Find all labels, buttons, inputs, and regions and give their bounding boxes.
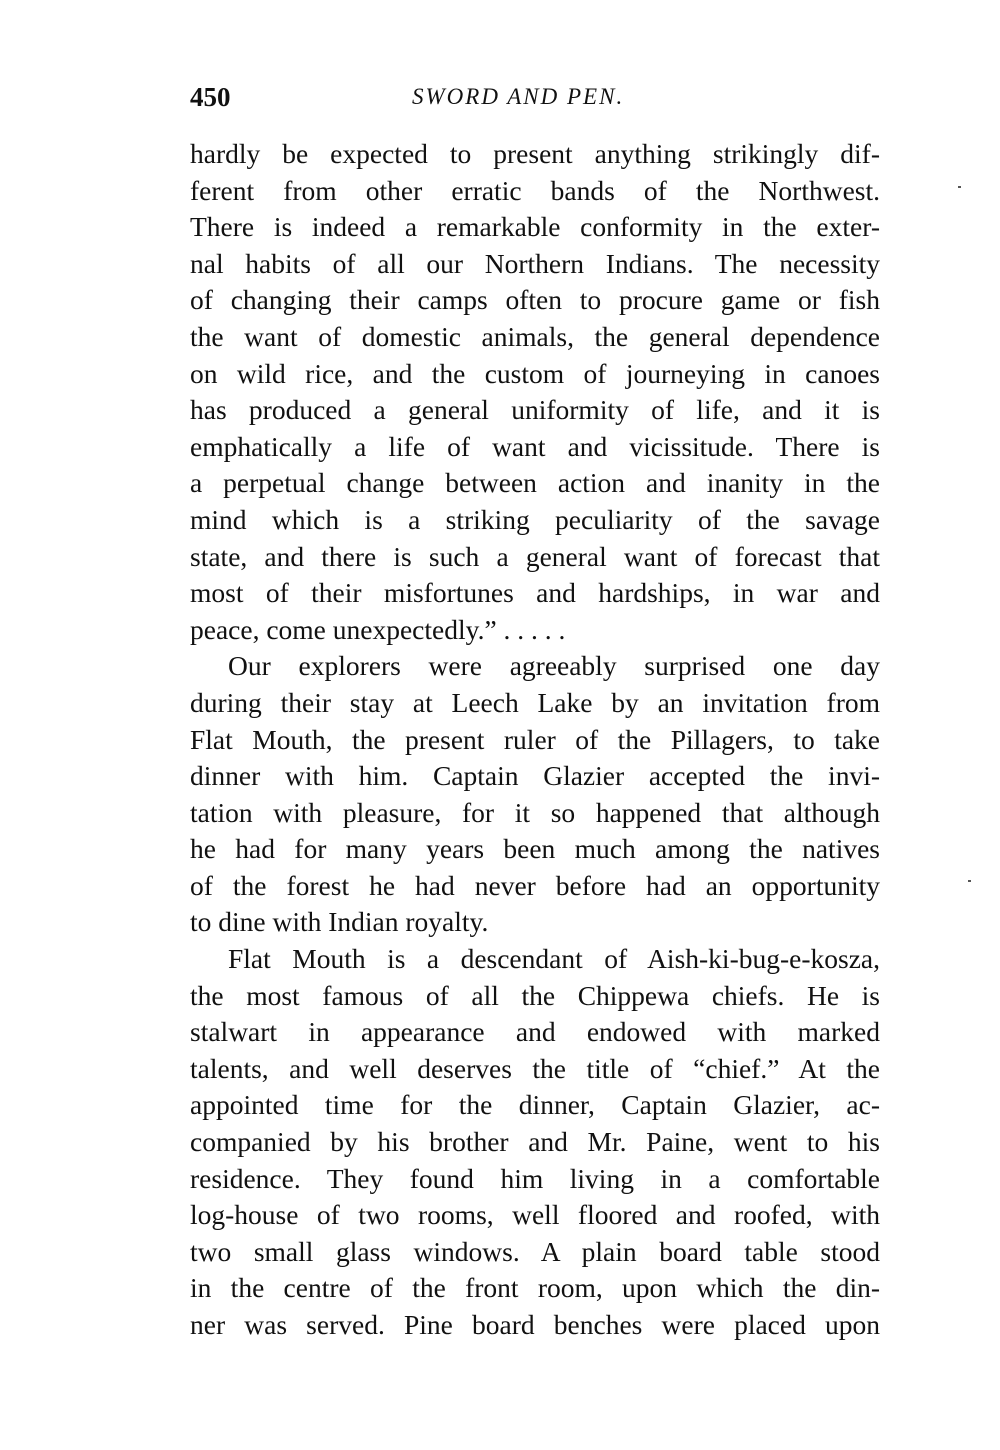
text-line: peace, come unexpectedly.” . . . . . <box>190 612 880 649</box>
text-line: a perpetual change between action and in… <box>190 465 880 502</box>
text-line: the want of domestic animals, the genera… <box>190 319 880 356</box>
text-line: companied by his brother and Mr. Paine, … <box>190 1124 880 1161</box>
scan-speck <box>968 880 971 882</box>
text-line: mind which is a striking peculiarity of … <box>190 502 880 539</box>
page-number: 450 <box>190 82 231 113</box>
text-line: on wild rice, and the custom of journeyi… <box>190 356 880 393</box>
text-line: of the forest he had never before had an… <box>190 868 880 905</box>
text-line: emphatically a life of want and vicissit… <box>190 429 880 466</box>
text-line: talents, and well deserves the title of … <box>190 1051 880 1088</box>
text-line: two small glass windows. A plain board t… <box>190 1234 880 1271</box>
text-line: to dine with Indian royalty. <box>190 904 880 941</box>
text-line: nal habits of all our Northern Indians. … <box>190 246 880 283</box>
body-text: hardly be expected to present anything s… <box>190 136 880 1344</box>
text-line: appointed time for the dinner, Captain G… <box>190 1087 880 1124</box>
text-line: stalwart in appearance and endowed with … <box>190 1014 880 1051</box>
text-line: ner was served. Pine board benches were … <box>190 1307 880 1344</box>
text-line: tation with pleasure, for it so happened… <box>190 795 880 832</box>
text-line: in the centre of the front room, upon wh… <box>190 1270 880 1307</box>
text-line: of changing their camps often to procure… <box>190 282 880 319</box>
page-header: 450 SWORD AND PEN. <box>190 82 880 118</box>
paragraph-1: hardly be expected to present anything s… <box>190 136 880 648</box>
text-line: Our explorers were agreeably surprised o… <box>190 648 880 685</box>
text-line: most of their misfortunes and hardships,… <box>190 575 880 612</box>
text-line: has produced a general uniformity of lif… <box>190 392 880 429</box>
text-line: he had for many years been much among th… <box>190 831 880 868</box>
text-line: Flat Mouth, the present ruler of the Pil… <box>190 722 880 759</box>
book-page: 450 SWORD AND PEN. hardly be expected to… <box>0 0 1000 1450</box>
running-title: SWORD AND PEN. <box>412 84 624 110</box>
text-line: There is indeed a remarkable conformity … <box>190 209 880 246</box>
text-line: residence. They found him living in a co… <box>190 1161 880 1198</box>
text-line: during their stay at Leech Lake by an in… <box>190 685 880 722</box>
paragraph-3: Flat Mouth is a descendant of Aish-ki-bu… <box>190 941 880 1344</box>
text-line: dinner with him. Captain Glazier accepte… <box>190 758 880 795</box>
text-line: state, and there is such a general want … <box>190 539 880 576</box>
text-line: ferent from other erratic bands of the N… <box>190 173 880 210</box>
text-line: Flat Mouth is a descendant of Aish-ki-bu… <box>190 941 880 978</box>
text-line: log-house of two rooms, well floored and… <box>190 1197 880 1234</box>
text-line: hardly be expected to present anything s… <box>190 136 880 173</box>
scan-speck <box>958 186 961 188</box>
text-line: the most famous of all the Chippewa chie… <box>190 978 880 1015</box>
paragraph-2: Our explorers were agreeably surprised o… <box>190 648 880 941</box>
